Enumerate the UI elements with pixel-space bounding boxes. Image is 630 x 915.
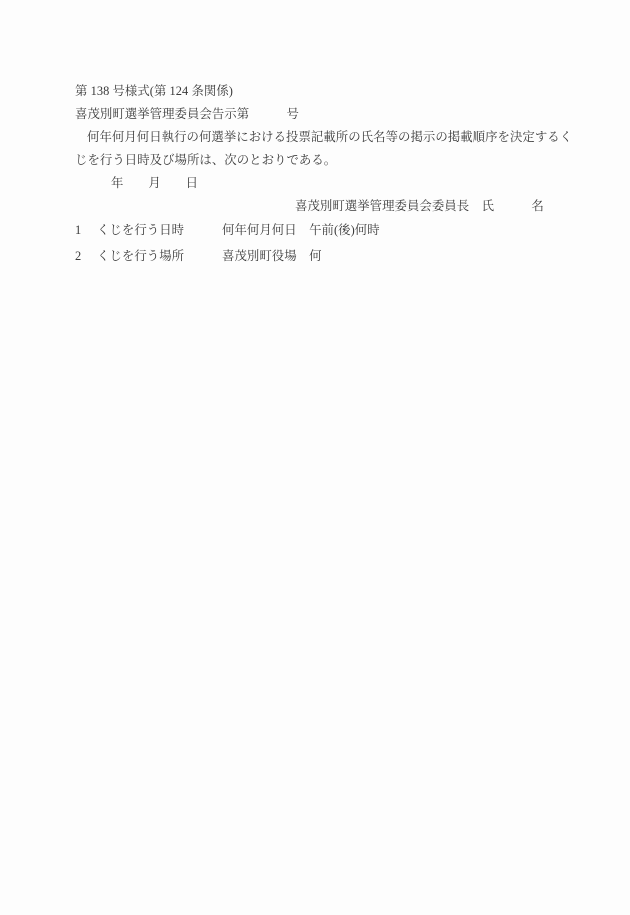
body-text-line-1: 何年何月何日執行の何選挙における投票記載所の氏名等の掲示の掲載順序を決定するく bbox=[87, 130, 572, 144]
item-2-value: 喜茂別町役場 何 bbox=[222, 249, 322, 263]
notice-number-line: 喜茂別町選挙管理委員会告示第 号 bbox=[75, 107, 299, 121]
body-text-line-2: じを行う日時及び場所は、次のとおりである。 bbox=[75, 153, 336, 167]
item-1-number: 1 bbox=[75, 223, 81, 237]
item-2-label: くじを行う場所 bbox=[97, 249, 184, 263]
date-placeholder-line: 年 月 日 bbox=[111, 176, 198, 190]
item-2-number: 2 bbox=[75, 249, 81, 263]
form-number-line: 第 138 号様式(第 124 条関係) bbox=[75, 84, 233, 98]
signatory-line: 喜茂別町選挙管理委員会委員長 氏 名 bbox=[295, 199, 544, 213]
item-1-label: くじを行う日時 bbox=[97, 223, 184, 237]
document-page: 第 138 号様式(第 124 条関係) 喜茂別町選挙管理委員会告示第 号 何年… bbox=[0, 0, 630, 915]
item-1-value: 何年何月何日 午前(後)何時 bbox=[222, 223, 380, 237]
